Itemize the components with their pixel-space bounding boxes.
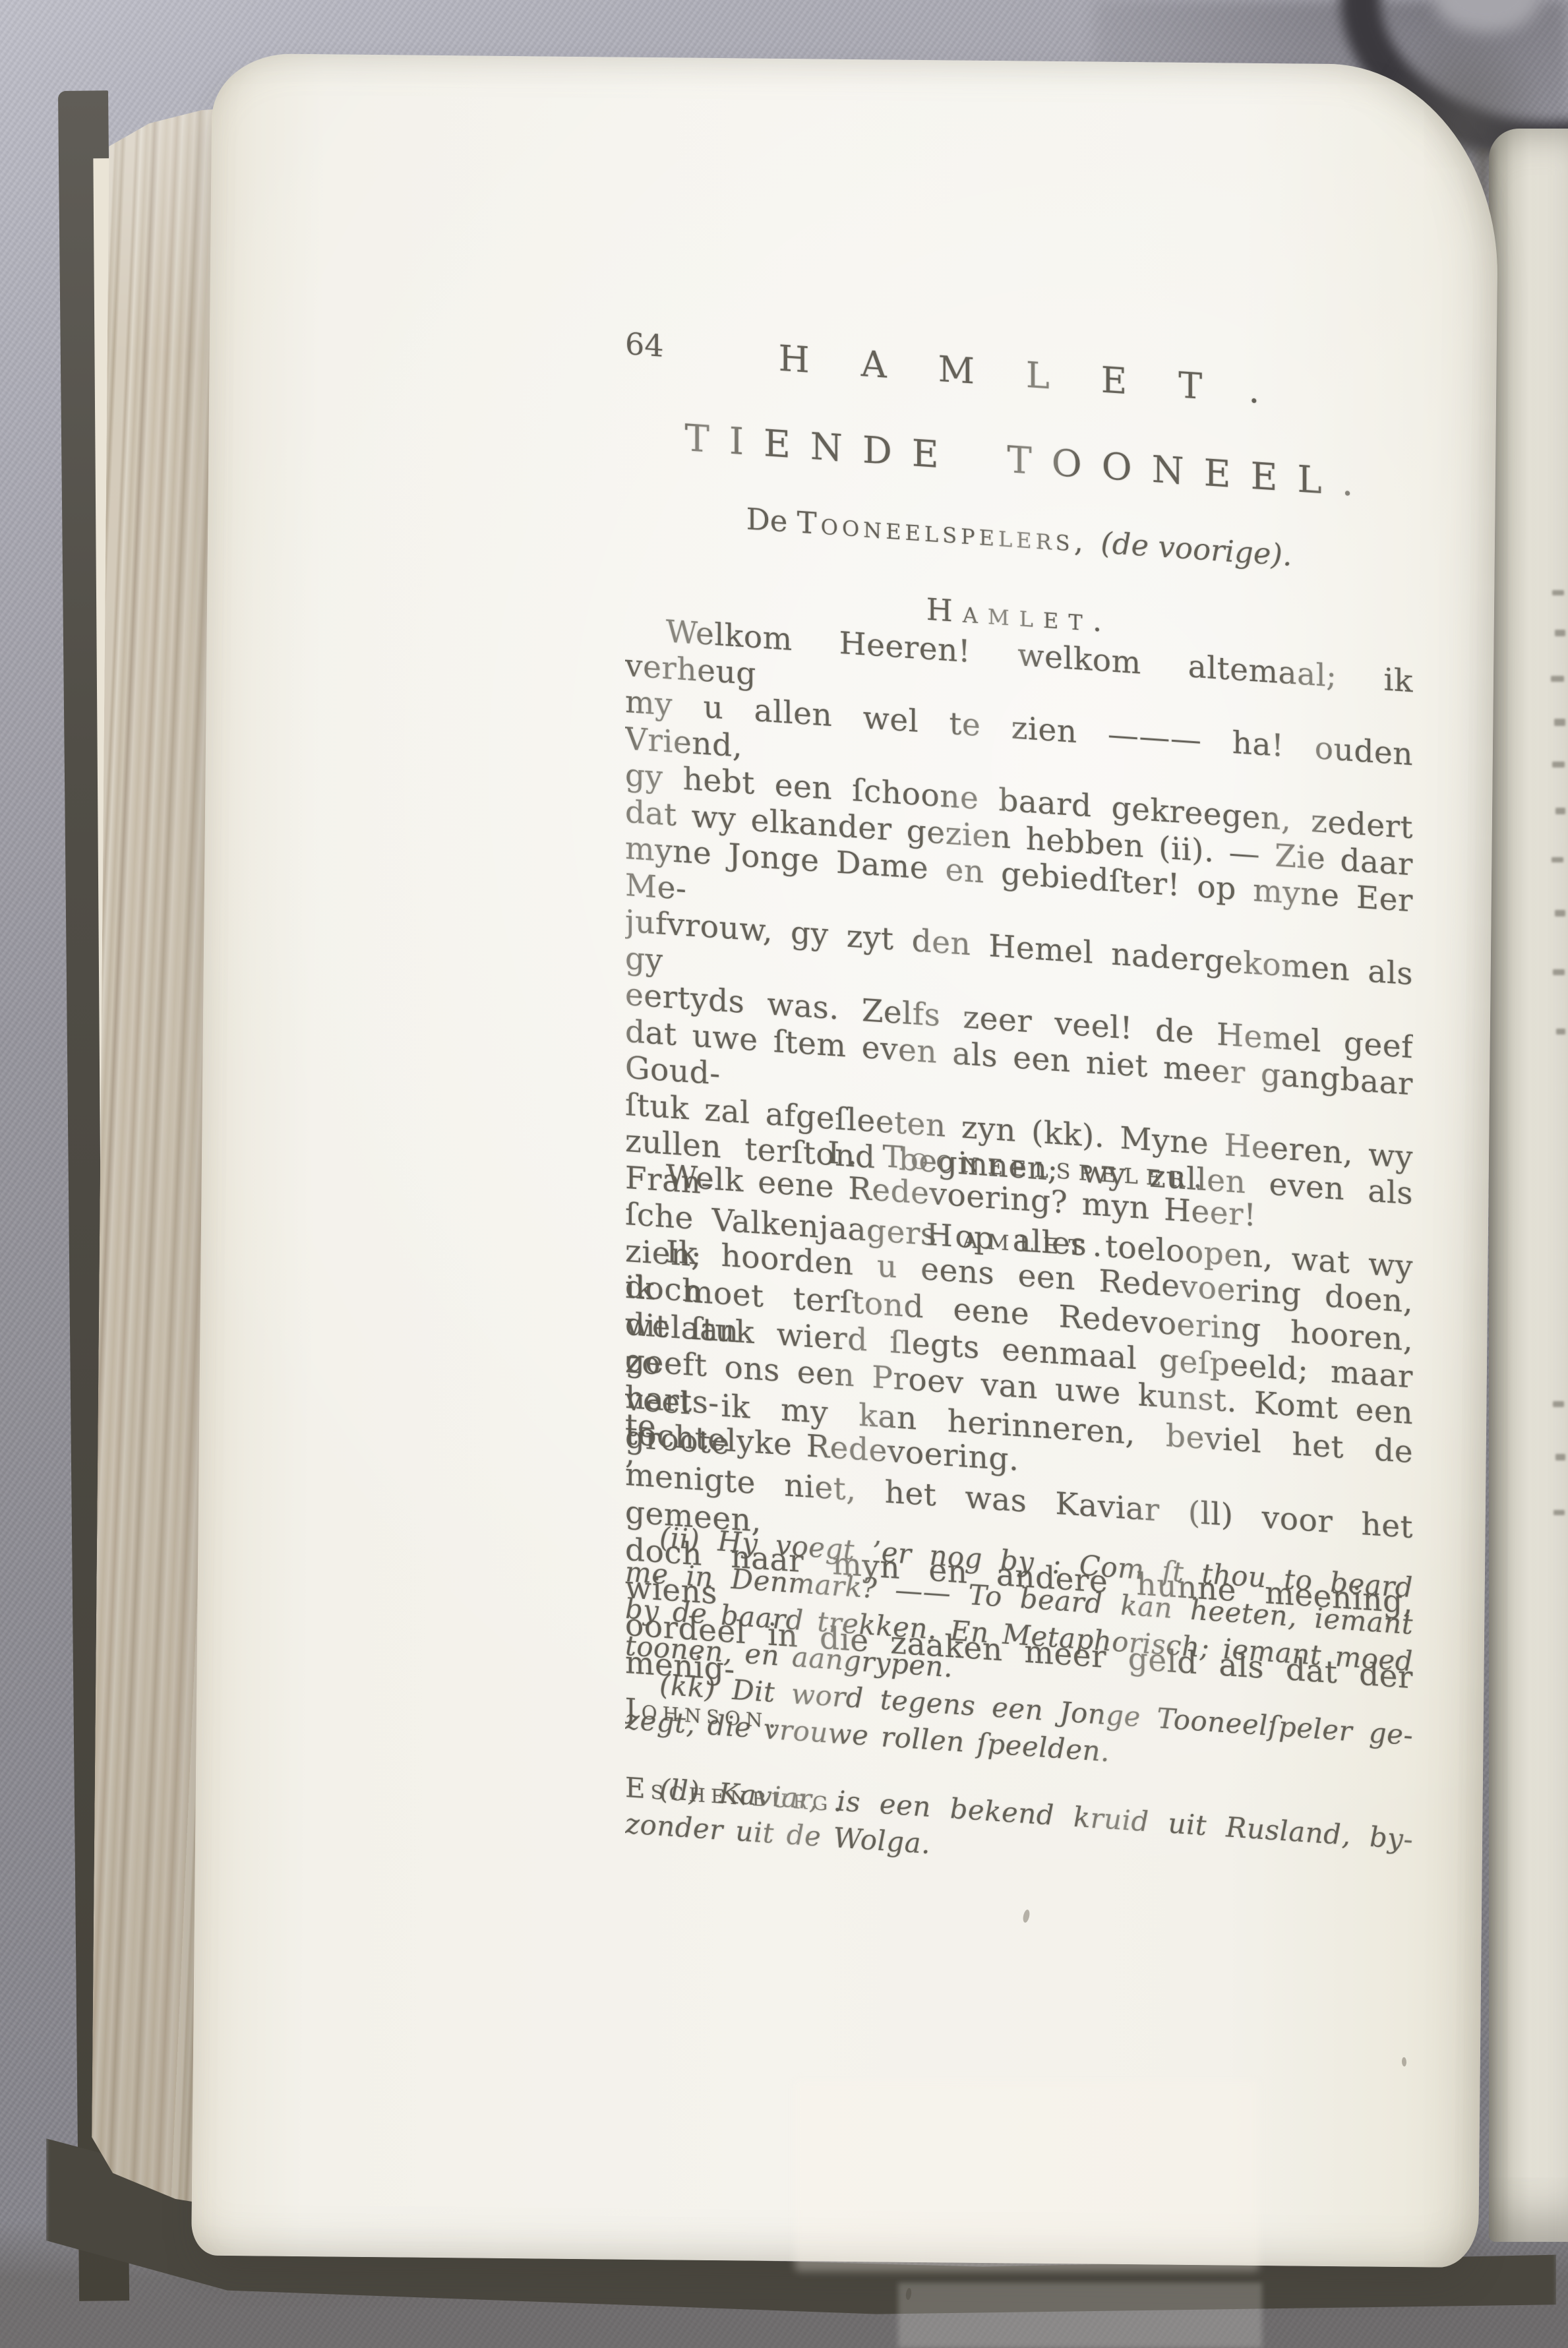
photo-background: 64 HAMLET. TIENDE TOONEEL. De Tooneelspe… bbox=[0, 0, 1568, 2348]
page-text-block: 64 HAMLET. TIENDE TOONEEL. De Tooneelspe… bbox=[625, 0, 1413, 1965]
stage-direction-note: (de voorige). bbox=[1101, 526, 1292, 574]
facing-page-text-fragment bbox=[1555, 1454, 1565, 1460]
facing-page-text-fragment bbox=[1555, 910, 1565, 917]
running-title: HAMLET. bbox=[625, 327, 1413, 421]
stage-direction-cast: Tooneelspelers, bbox=[797, 505, 1101, 560]
facing-page-text-fragment bbox=[1556, 1029, 1565, 1035]
facing-page-text-fragment bbox=[1553, 1401, 1564, 1407]
stage-direction: De Tooneelspelers, (de voorige). bbox=[625, 493, 1413, 581]
facing-page-text-fragment bbox=[1552, 857, 1563, 862]
facing-page-text-fragment bbox=[1553, 1510, 1565, 1515]
facing-page-text-fragment bbox=[1551, 676, 1564, 682]
scene-heading: TIENDE TOONEEL. bbox=[625, 413, 1413, 508]
paper-speck bbox=[1402, 2057, 1406, 2066]
exposure-artifact-patch bbox=[898, 2283, 1262, 2348]
facing-page-text-fragment bbox=[1555, 808, 1565, 814]
facing-page-text-fragment bbox=[1554, 719, 1565, 726]
exposure-artifact-patch bbox=[795, 2080, 1259, 2272]
facing-page-sliver bbox=[1489, 129, 1568, 2242]
facing-page-text-fragment bbox=[1552, 762, 1565, 768]
stage-direction-prefix: De bbox=[746, 501, 797, 539]
facing-page-text-fragment bbox=[1555, 630, 1565, 636]
facing-page-text-fragment bbox=[1553, 969, 1565, 975]
facing-page-text-fragment bbox=[1552, 590, 1564, 595]
